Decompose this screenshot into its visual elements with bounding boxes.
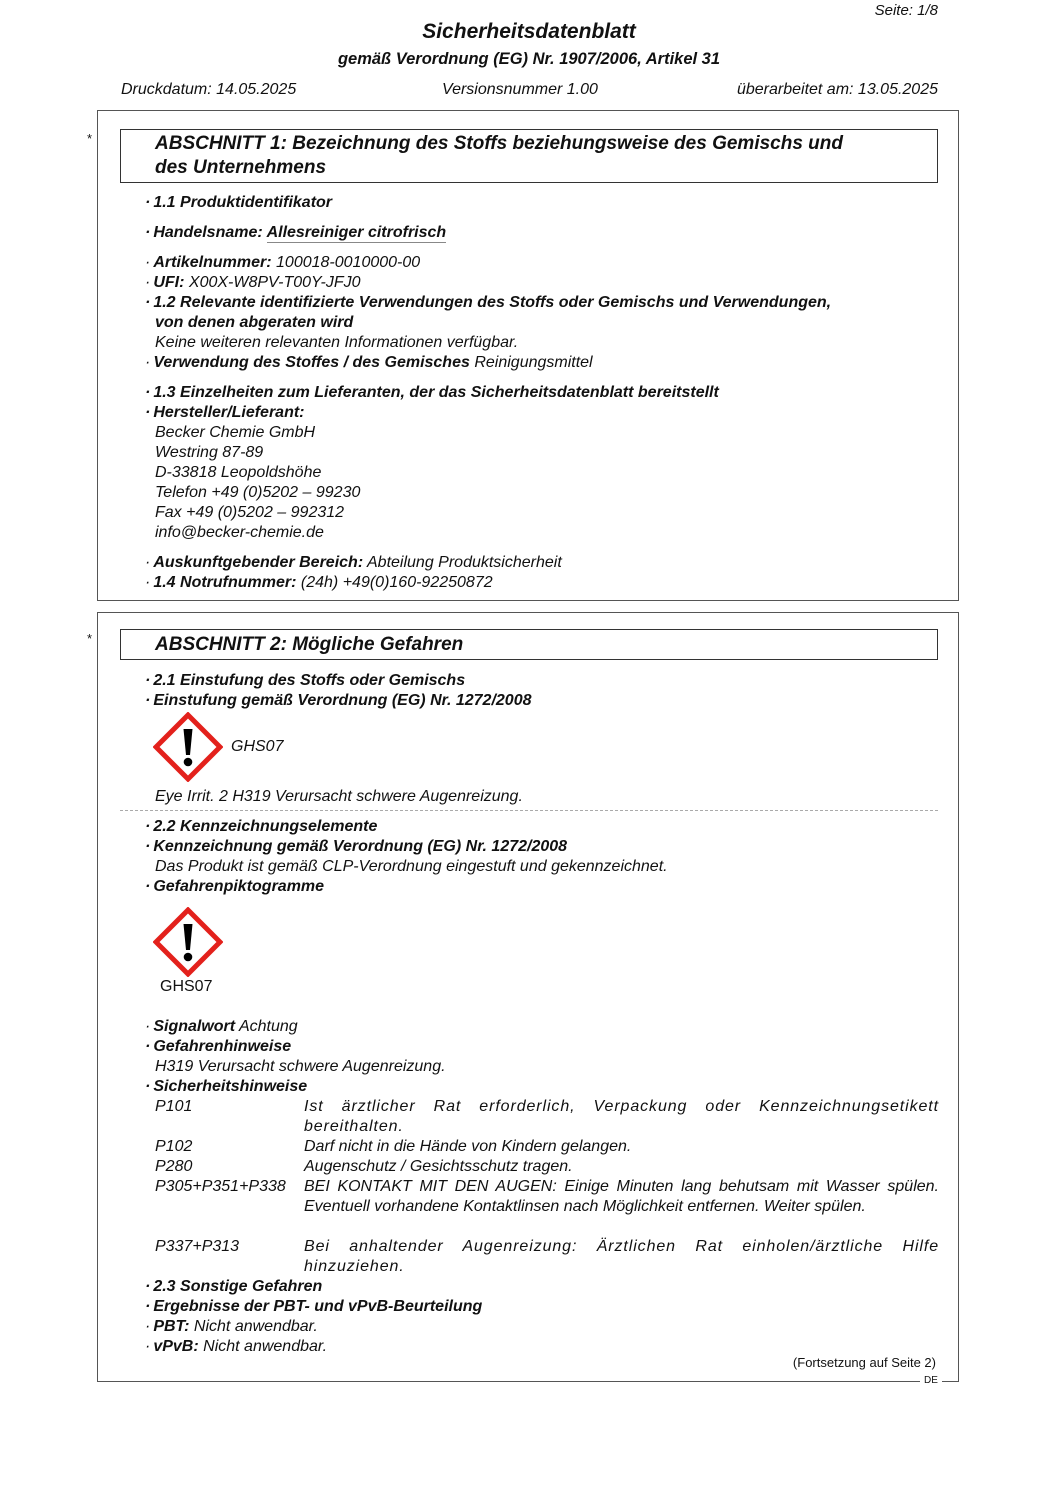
hazard-statement: H319 Verursacht schwere Augenreizung.	[155, 1057, 950, 1077]
supplier-heading: ·1.3 Einzelheiten zum Lieferanten, der d…	[145, 383, 940, 403]
document-subtitle: gemäß Verordnung (EG) Nr. 1907/2006, Art…	[0, 50, 1058, 69]
city: D-33818 Leopoldshöhe	[155, 463, 950, 483]
section-2-heading: ABSCHNITT 2: Mögliche Gefahren	[120, 629, 938, 660]
manufacturer-label: ·Hersteller/Lieferant:	[145, 403, 940, 423]
change-marker: *	[87, 631, 92, 646]
labelling-note: Das Produkt ist gemäß CLP-Verordnung ein…	[155, 857, 950, 877]
company-name: Becker Chemie GmbH	[155, 423, 950, 443]
vpvb-row: ·vPvB: Nicht anwendbar.	[145, 1337, 940, 1357]
other-hazards-heading: ·2.3 Sonstige Gefahren	[145, 1277, 940, 1297]
section-1-title-line-1: ABSCHNITT 1: Bezeichnung des Stoffs bezi…	[155, 132, 937, 156]
fax: Fax +49 (0)5202 – 992312	[155, 503, 950, 523]
classification-regulation: ·Einstufung gemäß Verordnung (EG) Nr. 12…	[145, 691, 940, 711]
article-number-row: ·Artikelnummer: 100018-0010000-00	[145, 253, 940, 273]
signal-word: Achtung	[239, 1018, 298, 1035]
trade-name-row: ·Handelsname: Allesreiniger citrofrisch	[145, 223, 940, 243]
version-number: Versionsnummer 1.00	[442, 81, 598, 99]
ghs07-exclamation-icon	[153, 907, 223, 977]
revision-date: überarbeitet am: 13.05.2025	[737, 81, 938, 99]
page-number: Seite: 1/8	[875, 2, 938, 19]
precautionary-label: ·Sicherheitshinweise	[145, 1077, 940, 1097]
street: Westring 87-89	[155, 443, 950, 463]
print-date: Druckdatum: 14.05.2025	[121, 81, 296, 99]
trade-name: Allesreiniger citrofrisch	[267, 224, 447, 243]
label-elements-heading: ·2.2 Kennzeichnungselemente	[145, 817, 940, 837]
pbt-row: ·PBT: Nicht anwendbar.	[145, 1317, 940, 1337]
pictogram-code: GHS07	[231, 737, 1026, 757]
use-row: ·Verwendung des Stoffes / des Gemisches …	[145, 353, 940, 373]
ufi-row: ·UFI: X00X-W8PV-T00Y-JFJ0	[145, 273, 940, 293]
uses-heading: ·1.2 Relevante identifizierte Verwendung…	[145, 293, 940, 313]
change-marker: *	[87, 131, 92, 146]
pbt-heading: ·Ergebnisse der PBT- und vPvB-Beurteilun…	[145, 1297, 940, 1317]
labelling-regulation: ·Kennzeichnung gemäß Verordnung (EG) Nr.…	[145, 837, 940, 857]
section-1: * ABSCHNITT 1: Bezeichnung des Stoffs be…	[97, 110, 959, 601]
emergency-row: ·1.4 Notrufnummer: (24h) +49(0)160-92250…	[145, 573, 940, 593]
emergency-number: (24h) +49(0)160-92250872	[301, 574, 493, 591]
ghs07-exclamation-icon	[153, 712, 223, 782]
ufi-code: X00X-W8PV-T00Y-JFJ0	[189, 274, 361, 291]
section-divider	[120, 810, 938, 811]
email-link[interactable]: info@becker-chemie.de	[155, 523, 950, 543]
uses-note: Keine weiteren relevanten Informationen …	[155, 333, 950, 353]
phone: Telefon +49 (0)5202 – 99230	[155, 483, 950, 503]
section-2: * ABSCHNITT 2: Mögliche Gefahren ·2.1 Ei…	[97, 612, 959, 1382]
info-dept-row: ·Auskunftgebender Bereich: Abteilung Pro…	[145, 553, 940, 573]
pictogram-caption: GHS07	[160, 977, 955, 997]
continuation-note: (Fortsetzung auf Seite 2)	[793, 1355, 936, 1370]
product-identifier-heading: ·1.1 Produktidentifikator	[145, 193, 940, 213]
section-1-heading: ABSCHNITT 1: Bezeichnung des Stoffs bezi…	[120, 129, 938, 183]
hazard-statements-label: ·Gefahrenhinweise	[145, 1037, 940, 1057]
signal-word-row: ·Signalwort Achtung	[145, 1017, 940, 1037]
language-tag: DE	[920, 1375, 942, 1386]
article-number: 100018-0010000-00	[276, 254, 420, 271]
uses-heading-cont: von denen abgeraten wird	[155, 313, 950, 333]
pictograms-label: ·Gefahrenpiktogramme	[145, 877, 940, 897]
hazard-classification: Eye Irrit. 2 H319 Verursacht schwere Aug…	[155, 787, 950, 807]
use-value: Reinigungsmittel	[474, 354, 592, 371]
document-title: Sicherheitsdatenblatt	[0, 20, 1058, 44]
classification-heading: ·2.1 Einstufung des Stoffs oder Gemischs	[145, 671, 940, 691]
section-1-title-line-2: des Unternehmens	[155, 156, 937, 180]
